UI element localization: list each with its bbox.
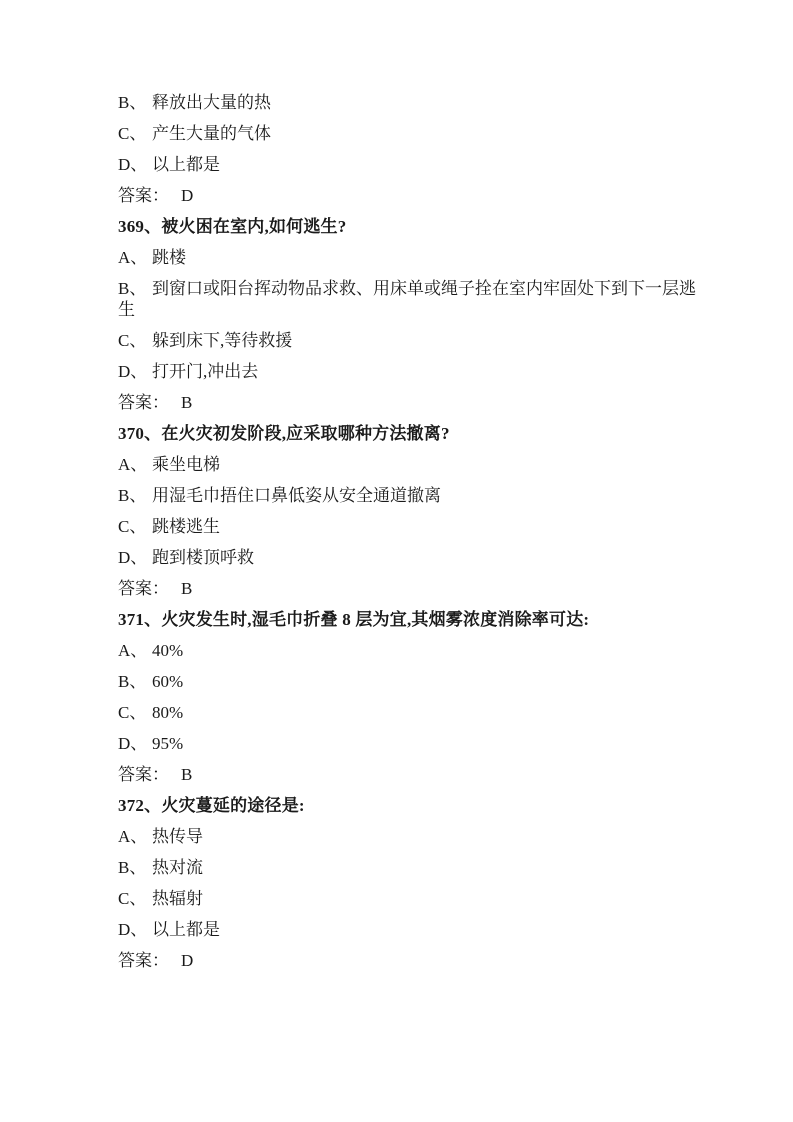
question-title: 火灾蔓延的途径是: (161, 796, 304, 815)
option-letter: B、 (118, 857, 152, 878)
option-letter: C、 (118, 702, 152, 723)
option-row: D、以上都是 (118, 154, 703, 175)
option-text: 以上都是 (152, 155, 220, 174)
question-number: 372、 (118, 796, 161, 815)
option-row: C、躲到床下,等待救援 (118, 330, 703, 351)
answer-label: 答案： (118, 765, 169, 784)
question-header: 371、火灾发生时,湿毛巾折叠 8 层为宜,其烟雾浓度消除率可达: (118, 609, 703, 630)
option-letter: D、 (118, 733, 152, 754)
answer-row: 答案：B (118, 392, 703, 413)
question-number: 370、 (118, 424, 161, 443)
answer-row: 答案：D (118, 950, 703, 971)
question-block: 372、火灾蔓延的途径是:A、热传导B、热对流C、热辐射D、以上都是答案：D (118, 795, 703, 971)
option-letter: C、 (118, 516, 152, 537)
answer-value: D (181, 186, 193, 205)
option-text: 以上都是 (152, 920, 220, 939)
answer-row: 答案：B (118, 578, 703, 599)
option-row: B、60% (118, 671, 703, 692)
option-text: 打开门,冲出去 (152, 362, 258, 381)
question-block: 370、在火灾初发阶段,应采取哪种方法撤离?A、乘坐电梯B、用湿毛巾捂住口鼻低姿… (118, 423, 703, 599)
answer-row: 答案：B (118, 764, 703, 785)
option-text: 跑到楼顶呼救 (152, 548, 254, 567)
answer-row: 答案：D (118, 185, 703, 206)
answer-value: D (181, 951, 193, 970)
question-number: 371、 (118, 610, 161, 629)
option-text: 乘坐电梯 (152, 455, 220, 474)
option-text: 40% (152, 641, 183, 660)
option-text: 80% (152, 703, 183, 722)
questions-container: 369、被火困在室内,如何逃生?A、跳楼B、到窗口或阳台挥动物品求救、用床单或绳… (118, 216, 703, 971)
option-letter: B、 (118, 92, 152, 113)
answer-label: 答案： (118, 579, 169, 598)
option-letter: C、 (118, 888, 152, 909)
question-block: 371、火灾发生时,湿毛巾折叠 8 层为宜,其烟雾浓度消除率可达:A、40%B、… (118, 609, 703, 785)
option-row: C、80% (118, 702, 703, 723)
option-row: A、40% (118, 640, 703, 661)
option-row: C、跳楼逃生 (118, 516, 703, 537)
option-text: 热对流 (152, 858, 203, 877)
option-letter: C、 (118, 123, 152, 144)
option-text: 用湿毛巾捂住口鼻低姿从安全通道撤离 (152, 486, 441, 505)
option-letter: C、 (118, 330, 152, 351)
option-letter: D、 (118, 919, 152, 940)
option-row: A、跳楼 (118, 247, 703, 268)
option-letter: A、 (118, 826, 152, 847)
option-text: 躲到床下,等待救援 (152, 331, 292, 350)
question-title: 火灾发生时,湿毛巾折叠 8 层为宜,其烟雾浓度消除率可达: (161, 610, 589, 629)
option-letter: A、 (118, 640, 152, 661)
option-row: C、热辐射 (118, 888, 703, 909)
answer-value: B (181, 393, 192, 412)
option-row: D、打开门,冲出去 (118, 361, 703, 382)
option-letter: B、 (118, 485, 152, 506)
option-row: B、热对流 (118, 857, 703, 878)
answer-value: B (181, 579, 192, 598)
option-text: 热辐射 (152, 889, 203, 908)
answer-value: B (181, 765, 192, 784)
question-header: 370、在火灾初发阶段,应采取哪种方法撤离? (118, 423, 703, 444)
option-text: 60% (152, 672, 183, 691)
option-row: D、跑到楼顶呼救 (118, 547, 703, 568)
option-row: B、到窗口或阳台挥动物品求救、用床单或绳子拴在室内牢固处下到下一层逃生 (118, 278, 703, 320)
answer-label: 答案： (118, 186, 169, 205)
option-text: 跳楼逃生 (152, 517, 220, 536)
partial-question-block: B、释放出大量的热C、产生大量的气体D、以上都是答案：D (118, 92, 703, 206)
answer-label: 答案： (118, 951, 169, 970)
option-row: D、95% (118, 733, 703, 754)
option-letter: D、 (118, 547, 152, 568)
answer-label: 答案： (118, 393, 169, 412)
question-title: 被火困在室内,如何逃生? (161, 217, 346, 236)
option-row: C、产生大量的气体 (118, 123, 703, 144)
question-header: 369、被火困在室内,如何逃生? (118, 216, 703, 237)
question-block: 369、被火困在室内,如何逃生?A、跳楼B、到窗口或阳台挥动物品求救、用床单或绳… (118, 216, 703, 413)
question-number: 369、 (118, 217, 161, 236)
document-page: B、释放出大量的热C、产生大量的气体D、以上都是答案：D 369、被火困在室内,… (0, 0, 793, 1122)
option-letter: D、 (118, 361, 152, 382)
option-text: 热传导 (152, 827, 203, 846)
option-row: A、乘坐电梯 (118, 454, 703, 475)
option-row: A、热传导 (118, 826, 703, 847)
option-letter: B、 (118, 278, 152, 299)
question-header: 372、火灾蔓延的途径是: (118, 795, 703, 816)
option-letter: B、 (118, 671, 152, 692)
option-row: B、释放出大量的热 (118, 92, 703, 113)
option-text: 跳楼 (152, 248, 186, 267)
option-text: 到窗口或阳台挥动物品求救、用床单或绳子拴在室内牢固处下到下一层逃生 (118, 279, 696, 319)
option-text: 释放出大量的热 (152, 93, 271, 112)
option-letter: A、 (118, 247, 152, 268)
option-text: 95% (152, 734, 183, 753)
option-letter: A、 (118, 454, 152, 475)
option-text: 产生大量的气体 (152, 124, 271, 143)
option-letter: D、 (118, 154, 152, 175)
option-row: D、以上都是 (118, 919, 703, 940)
option-row: B、用湿毛巾捂住口鼻低姿从安全通道撤离 (118, 485, 703, 506)
question-title: 在火灾初发阶段,应采取哪种方法撤离? (161, 424, 449, 443)
